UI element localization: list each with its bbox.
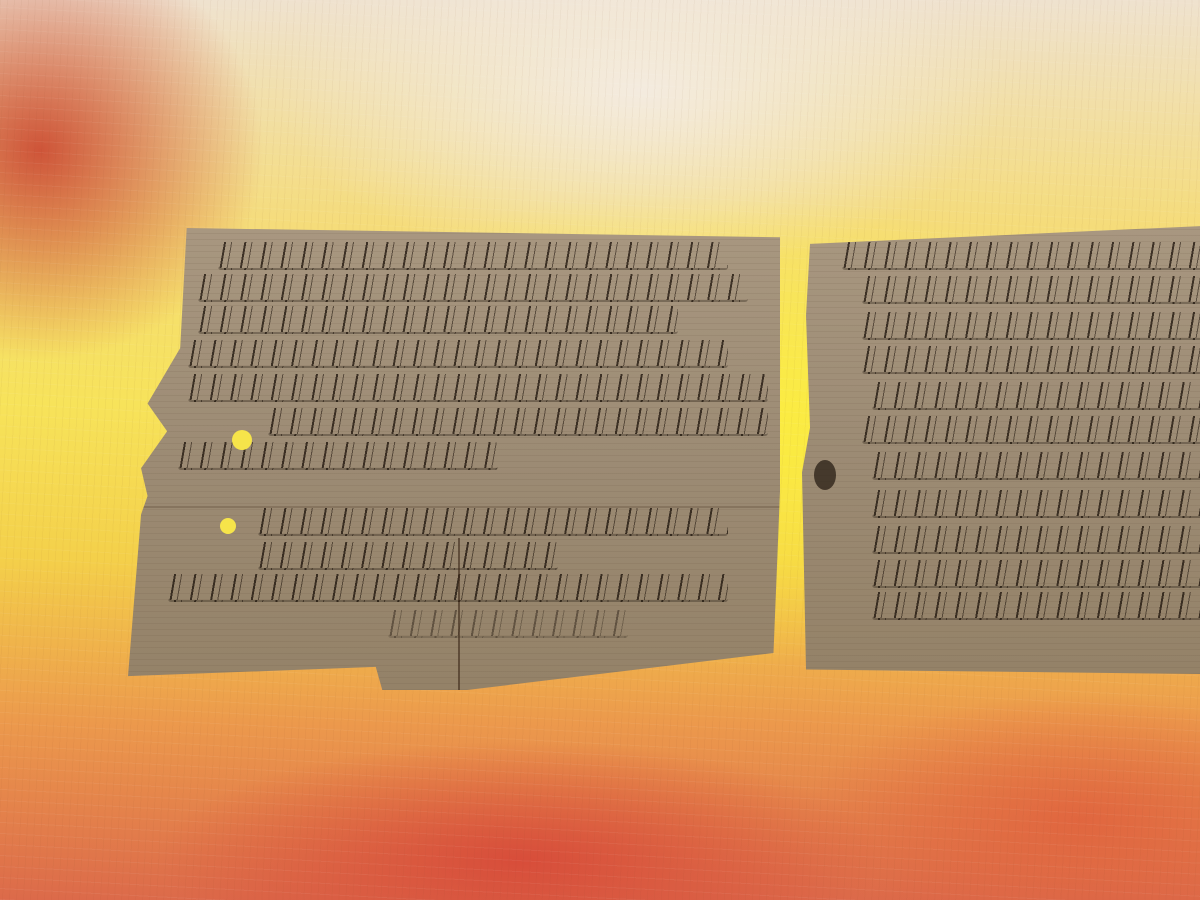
- right-wooden-tablet: [802, 226, 1200, 674]
- script-line: [862, 312, 1200, 340]
- script-line: [388, 610, 628, 638]
- script-line: [198, 306, 678, 334]
- script-line: [168, 574, 728, 602]
- script-line: [842, 242, 1200, 270]
- script-line: [188, 374, 768, 402]
- script-line: [872, 592, 1200, 620]
- script-line: [218, 242, 728, 270]
- script-line: [872, 560, 1200, 588]
- script-line: [188, 340, 728, 368]
- script-line: [258, 542, 558, 570]
- script-line: [872, 452, 1200, 480]
- binding-hole: [220, 518, 236, 534]
- script-line: [268, 408, 768, 436]
- script-line: [178, 442, 498, 470]
- script-line: [872, 382, 1200, 410]
- script-line: [862, 276, 1200, 304]
- script-line: [872, 490, 1200, 518]
- wood-crack: [458, 538, 460, 690]
- script-line: [258, 508, 728, 536]
- script-line: [862, 346, 1200, 374]
- script-line: [872, 526, 1200, 554]
- dark-stain: [814, 460, 836, 490]
- binding-hole: [232, 430, 252, 450]
- wood-crack: [128, 506, 780, 508]
- script-line: [198, 274, 748, 302]
- left-wooden-tablet: [128, 228, 780, 690]
- script-line: [862, 416, 1200, 444]
